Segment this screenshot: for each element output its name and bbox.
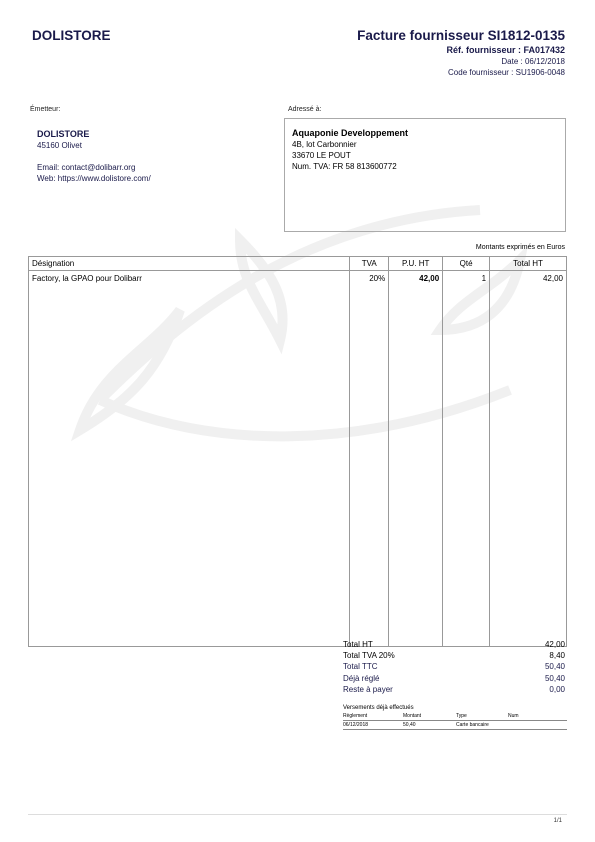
total-ttc-value: 50,40 bbox=[545, 661, 565, 672]
total-ht-label: Total HT bbox=[343, 639, 373, 650]
footer-divider bbox=[28, 814, 567, 815]
payments-header-row: Règlement Montant Type Num bbox=[343, 713, 567, 721]
total-tva-row: Total TVA 20% 8,40 bbox=[343, 650, 565, 661]
col-qty: Qté bbox=[443, 257, 490, 271]
invoice-title: Facture fournisseur SI1812-0135 bbox=[357, 28, 565, 44]
table-header-row: Désignation TVA P.U. HT Qté Total HT bbox=[29, 257, 567, 271]
payments-table: Règlement Montant Type Num 06/12/2018 50… bbox=[343, 713, 567, 730]
recipient-vat: Num. TVA: FR 58 813600772 bbox=[292, 161, 565, 172]
emitter-block: DOLISTORE 45160 Olivet Email: contact@do… bbox=[37, 129, 151, 184]
recipient-address: 4B, lot Carbonnier bbox=[292, 139, 565, 150]
emitter-label: Émetteur: bbox=[30, 106, 60, 113]
recipient-city: 33670 LE POUT bbox=[292, 150, 565, 161]
line-total-ht: 42,00 bbox=[490, 271, 567, 295]
supplier-ref: Réf. fournisseur : FA017432 bbox=[357, 44, 565, 56]
line-pu-ht: 42,00 bbox=[389, 271, 443, 295]
totals-block: Total HT 42,00 Total TVA 20% 8,40 Total … bbox=[343, 639, 565, 695]
page-number: 1/1 bbox=[554, 818, 562, 824]
recipient-box: Aquaponie Developpement 4B, lot Carbonni… bbox=[284, 118, 566, 232]
emitter-name: DOLISTORE bbox=[37, 129, 151, 140]
payment-amount: 50,40 bbox=[403, 721, 456, 730]
payment-num bbox=[508, 721, 567, 730]
remaining-row: Reste à payer 0,00 bbox=[343, 684, 565, 695]
total-tva-value: 8,40 bbox=[549, 650, 565, 661]
payment-row: 06/12/2018 50,40 Carte bancaire bbox=[343, 721, 567, 730]
col-designation: Désignation bbox=[29, 257, 350, 271]
table-filler bbox=[29, 294, 567, 647]
already-paid-row: Déjà réglé 50,40 bbox=[343, 673, 565, 684]
payments-title: Versements déjà effectués bbox=[343, 705, 567, 711]
total-ht-row: Total HT 42,00 bbox=[343, 639, 565, 650]
currency-note: Montants exprimés en Euros bbox=[476, 244, 565, 251]
already-paid-value: 50,40 bbox=[545, 673, 565, 684]
col-tva: TVA bbox=[350, 257, 389, 271]
col-total-ht: Total HT bbox=[490, 257, 567, 271]
supplier-code: Code fournisseur : SU1906-0048 bbox=[357, 67, 565, 78]
remaining-value: 0,00 bbox=[549, 684, 565, 695]
invoice-date: Date : 06/12/2018 bbox=[357, 56, 565, 67]
total-ttc-row: Total TTC 50,40 bbox=[343, 661, 565, 672]
already-paid-label: Déjà réglé bbox=[343, 673, 379, 684]
recipient-name: Aquaponie Developpement bbox=[292, 128, 565, 139]
total-ht-value: 42,00 bbox=[545, 639, 565, 650]
payments-col-type: Type bbox=[456, 713, 508, 721]
company-name: DOLISTORE bbox=[32, 28, 111, 43]
payment-date: 06/12/2018 bbox=[343, 721, 403, 730]
payments-col-amount: Montant bbox=[403, 713, 456, 721]
emitter-email: Email: contact@dolibarr.org bbox=[37, 162, 151, 173]
emitter-web: Web: https://www.dolistore.com/ bbox=[37, 173, 151, 184]
emitter-city: 45160 Olivet bbox=[37, 140, 151, 151]
remaining-label: Reste à payer bbox=[343, 684, 393, 695]
payments-block: Versements déjà effectués Règlement Mont… bbox=[343, 705, 567, 730]
invoice-header: Facture fournisseur SI1812-0135 Réf. fou… bbox=[357, 28, 565, 78]
line-designation: Factory, la GPAO pour Dolibarr bbox=[29, 271, 350, 295]
recipient-label: Adressé à: bbox=[288, 106, 321, 113]
total-tva-label: Total TVA 20% bbox=[343, 650, 395, 661]
payments-col-num: Num bbox=[508, 713, 567, 721]
invoice-lines-table: Désignation TVA P.U. HT Qté Total HT Fac… bbox=[28, 256, 567, 647]
table-row: Factory, la GPAO pour Dolibarr 20% 42,00… bbox=[29, 271, 567, 295]
total-ttc-label: Total TTC bbox=[343, 661, 378, 672]
col-pu-ht: P.U. HT bbox=[389, 257, 443, 271]
payments-col-date: Règlement bbox=[343, 713, 403, 721]
line-qty: 1 bbox=[443, 271, 490, 295]
payment-type: Carte bancaire bbox=[456, 721, 508, 730]
line-tva: 20% bbox=[350, 271, 389, 295]
